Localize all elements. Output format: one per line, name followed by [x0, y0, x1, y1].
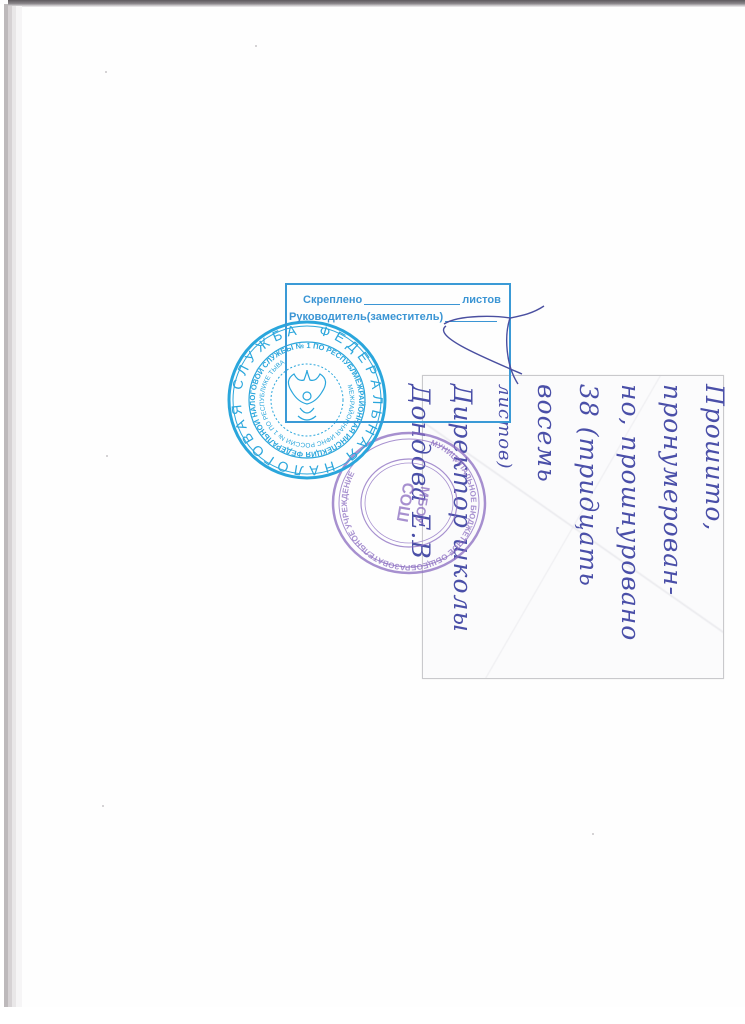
- scan-margin: [0, 1007, 745, 1024]
- speck: [592, 833, 594, 835]
- handwritten-certification: Прошито, пронумерован- но, прошнуровано …: [449, 384, 735, 674]
- speck: [255, 45, 257, 47]
- page-stack-edge: [0, 4, 22, 1007]
- speck: [102, 805, 104, 807]
- scanned-page: Прошито, пронумерован- но, прошнуровано …: [0, 0, 745, 1024]
- note-line: Прошито, пронумерован-: [651, 384, 735, 674]
- speck: [106, 455, 108, 457]
- director-label: Руководитель(заместитель): [289, 311, 443, 323]
- sheets-label: Скреплено: [303, 294, 362, 306]
- note-line: 38 (тридцать восемь: [525, 384, 609, 674]
- speck: [105, 71, 107, 73]
- note-line: но, прошнуровано: [609, 384, 651, 674]
- signature: [440, 296, 550, 396]
